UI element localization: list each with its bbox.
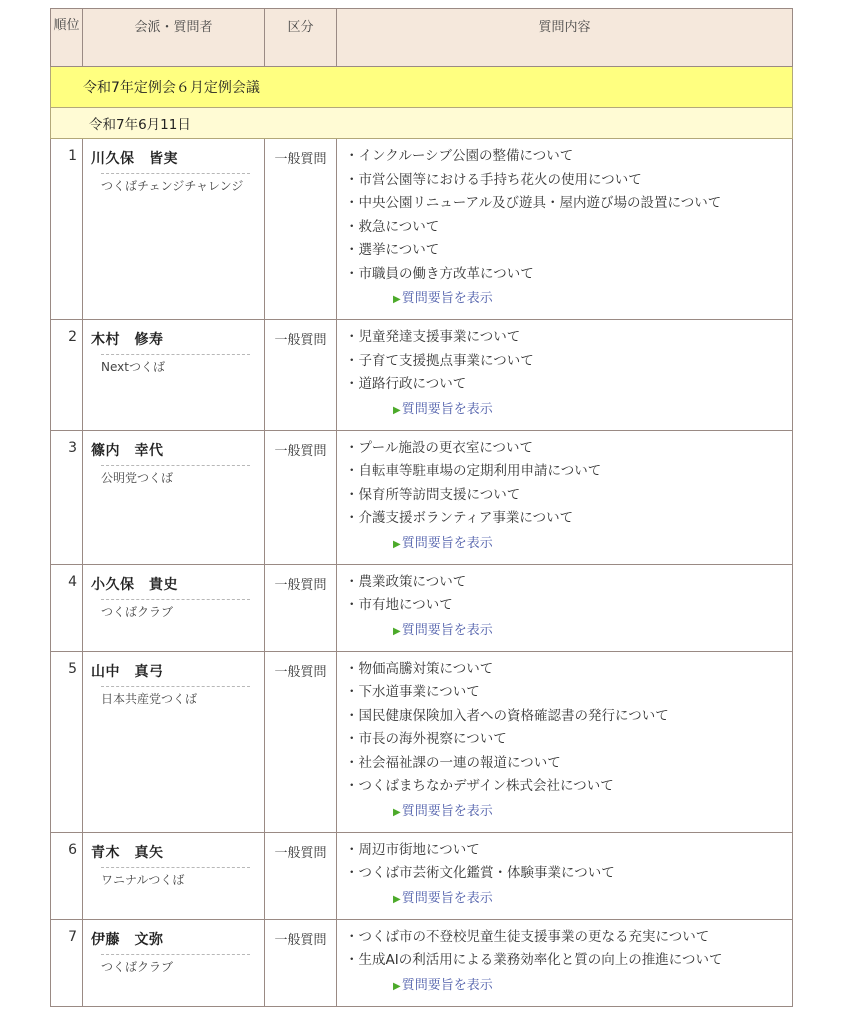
rank-cell: 5 — [51, 651, 83, 832]
question-type: 一般質問 — [265, 832, 337, 919]
rank-cell: 2 — [51, 320, 83, 431]
topic-item: 市長の海外視察について — [345, 728, 784, 752]
topic-item: つくば市の不登校児童生徒支援事業の更なる充実について — [345, 926, 784, 950]
topic-item: 自転車等駐車場の定期利用申請について — [345, 460, 784, 484]
member-cell: 木村 修寿 Nextつくば — [83, 320, 265, 431]
session-row: 令和7年定例会６月定例会議 — [51, 67, 793, 108]
triangle-right-icon: ▶ — [393, 894, 401, 905]
questioner-name: 小久保 貴史 — [91, 574, 250, 594]
header-content: 質問内容 — [337, 9, 793, 67]
content-cell: つくば市の不登校児童生徒支援事業の更なる充実について生成AIの利活用による業務効… — [337, 919, 793, 1006]
topic-item: 市有地について — [345, 594, 784, 618]
topic-item: 生成AIの利活用による業務効率化と質の向上の推進について — [345, 949, 784, 973]
question-type: 一般質問 — [265, 651, 337, 832]
triangle-right-icon: ▶ — [393, 294, 401, 305]
faction-name: つくばチェンジチャレンジ — [101, 173, 250, 194]
rank-cell: 3 — [51, 430, 83, 564]
member-cell: 伊藤 文弥 つくばクラブ — [83, 919, 265, 1006]
content-cell: インクルーシブ公園の整備について市営公園等における手持ち花火の使用について中央公… — [337, 139, 793, 320]
content-cell: 農業政策について市有地について ▶質問要旨を表示 — [337, 564, 793, 651]
topic-item: 道路行政について — [345, 373, 784, 397]
show-summary-label: 質問要旨を表示 — [402, 623, 493, 638]
questioner-name: 伊藤 文弥 — [91, 929, 250, 949]
content-cell: 物価高騰対策について下水道事業について国民健康保険加入者への資格確認書の発行につ… — [337, 651, 793, 832]
member-cell: 篠内 幸代 公明党つくば — [83, 430, 265, 564]
content-cell: 周辺市街地についてつくば市芸術文化鑑賞・体験事業について ▶質問要旨を表示 — [337, 832, 793, 919]
questioner-name: 山中 真弓 — [91, 661, 250, 681]
topic-item: 救急について — [345, 216, 784, 240]
table-row: 6 青木 真矢 ワニナルつくば 一般質問 周辺市街地についてつくば市芸術文化鑑賞… — [51, 832, 793, 919]
question-type: 一般質問 — [265, 430, 337, 564]
topic-list: インクルーシブ公園の整備について市営公園等における手持ち花火の使用について中央公… — [345, 145, 784, 286]
member-cell: 小久保 貴史 つくばクラブ — [83, 564, 265, 651]
topic-item: 社会福祉課の一連の報道について — [345, 752, 784, 776]
header-rank: 順位 — [51, 9, 83, 67]
topic-list: 農業政策について市有地について — [345, 571, 784, 618]
session-title: 令和7年定例会６月定例会議 — [51, 67, 793, 108]
triangle-right-icon: ▶ — [393, 405, 401, 416]
topic-item: プール施設の更衣室について — [345, 437, 784, 461]
topic-item: 周辺市街地について — [345, 839, 784, 863]
faction-name: ワニナルつくば — [101, 867, 250, 888]
show-summary-link[interactable]: ▶質問要旨を表示 — [393, 802, 493, 823]
faction-name: つくばクラブ — [101, 954, 250, 975]
content-cell: 児童発達支援事業について子育て支援拠点事業について道路行政について ▶質問要旨を… — [337, 320, 793, 431]
question-type: 一般質問 — [265, 320, 337, 431]
question-type: 一般質問 — [265, 564, 337, 651]
faction-name: Nextつくば — [101, 354, 250, 375]
show-summary-label: 質問要旨を表示 — [402, 402, 493, 417]
rank-cell: 6 — [51, 832, 83, 919]
topic-list: 物価高騰対策について下水道事業について国民健康保険加入者への資格確認書の発行につ… — [345, 658, 784, 799]
show-summary-link[interactable]: ▶質問要旨を表示 — [393, 976, 493, 997]
table-row: 3 篠内 幸代 公明党つくば 一般質問 プール施設の更衣室について自転車等駐車場… — [51, 430, 793, 564]
topic-item: 選挙について — [345, 239, 784, 263]
header-type: 区分 — [265, 9, 337, 67]
show-summary-link[interactable]: ▶質問要旨を表示 — [393, 400, 493, 421]
show-summary-label: 質問要旨を表示 — [402, 891, 493, 906]
topic-list: 周辺市街地についてつくば市芸術文化鑑賞・体験事業について — [345, 839, 784, 886]
table-row: 1 川久保 皆実 つくばチェンジチャレンジ 一般質問 インクルーシブ公園の整備に… — [51, 139, 793, 320]
topic-item: 介護支援ボランティア事業について — [345, 507, 784, 531]
topic-list: プール施設の更衣室について自転車等駐車場の定期利用申請について保育所等訪問支援に… — [345, 437, 784, 531]
triangle-right-icon: ▶ — [393, 807, 401, 818]
triangle-right-icon: ▶ — [393, 981, 401, 992]
rank-cell: 7 — [51, 919, 83, 1006]
show-summary-link[interactable]: ▶質問要旨を表示 — [393, 289, 493, 310]
table-row: 4 小久保 貴史 つくばクラブ 一般質問 農業政策について市有地について ▶質問… — [51, 564, 793, 651]
topic-item: 農業政策について — [345, 571, 784, 595]
topic-item: 保育所等訪問支援について — [345, 484, 784, 508]
show-summary-link[interactable]: ▶質問要旨を表示 — [393, 621, 493, 642]
faction-name: 公明党つくば — [101, 465, 250, 486]
faction-name: つくばクラブ — [101, 599, 250, 620]
content-cell: プール施設の更衣室について自転車等駐車場の定期利用申請について保育所等訪問支援に… — [337, 430, 793, 564]
topic-item: 児童発達支援事業について — [345, 326, 784, 350]
table-row: 5 山中 真弓 日本共産党つくば 一般質問 物価高騰対策について下水道事業につい… — [51, 651, 793, 832]
table-header-row: 順位 会派・質問者 区分 質問内容 — [51, 9, 793, 67]
topic-item: 物価高騰対策について — [345, 658, 784, 682]
topic-item: 子育て支援拠点事業について — [345, 350, 784, 374]
topic-item: 市営公園等における手持ち花火の使用について — [345, 169, 784, 193]
member-cell: 山中 真弓 日本共産党つくば — [83, 651, 265, 832]
show-summary-link[interactable]: ▶質問要旨を表示 — [393, 889, 493, 910]
topic-item: 国民健康保険加入者への資格確認書の発行について — [345, 705, 784, 729]
member-cell: 青木 真矢 ワニナルつくば — [83, 832, 265, 919]
question-schedule: 順位 会派・質問者 区分 質問内容 令和7年定例会６月定例会議 令和7年6月11… — [50, 8, 792, 1007]
faction-name: 日本共産党つくば — [101, 686, 250, 707]
member-cell: 川久保 皆実 つくばチェンジチャレンジ — [83, 139, 265, 320]
topic-item: 中央公園リニューアル及び遊具・屋内遊び場の設置について — [345, 192, 784, 216]
table-row: 2 木村 修寿 Nextつくば 一般質問 児童発達支援事業について子育て支援拠点… — [51, 320, 793, 431]
topic-item: 市職員の働き方改革について — [345, 263, 784, 287]
header-member: 会派・質問者 — [83, 9, 265, 67]
show-summary-label: 質問要旨を表示 — [402, 978, 493, 993]
topic-item: インクルーシブ公園の整備について — [345, 145, 784, 169]
triangle-right-icon: ▶ — [393, 539, 401, 550]
topic-list: 児童発達支援事業について子育て支援拠点事業について道路行政について — [345, 326, 784, 397]
session-date: 令和7年6月11日 — [51, 108, 793, 139]
questioner-name: 川久保 皆実 — [91, 148, 250, 168]
show-summary-label: 質問要旨を表示 — [402, 804, 493, 819]
table-row: 7 伊藤 文弥 つくばクラブ 一般質問 つくば市の不登校児童生徒支援事業の更なる… — [51, 919, 793, 1006]
question-type: 一般質問 — [265, 919, 337, 1006]
topic-item: 下水道事業について — [345, 681, 784, 705]
questioner-name: 青木 真矢 — [91, 842, 250, 862]
rank-cell: 4 — [51, 564, 83, 651]
rank-cell: 1 — [51, 139, 83, 320]
questioner-name: 木村 修寿 — [91, 329, 250, 349]
show-summary-label: 質問要旨を表示 — [402, 536, 493, 551]
triangle-right-icon: ▶ — [393, 626, 401, 637]
question-table: 順位 会派・質問者 区分 質問内容 令和7年定例会６月定例会議 令和7年6月11… — [50, 8, 793, 1007]
topic-list: つくば市の不登校児童生徒支援事業の更なる充実について生成AIの利活用による業務効… — [345, 926, 784, 973]
show-summary-link[interactable]: ▶質問要旨を表示 — [393, 534, 493, 555]
topic-item: つくばまちなかデザイン株式会社について — [345, 775, 784, 799]
question-type: 一般質問 — [265, 139, 337, 320]
questioner-name: 篠内 幸代 — [91, 440, 250, 460]
topic-item: つくば市芸術文化鑑賞・体験事業について — [345, 862, 784, 886]
date-row: 令和7年6月11日 — [51, 108, 793, 139]
show-summary-label: 質問要旨を表示 — [402, 291, 493, 306]
